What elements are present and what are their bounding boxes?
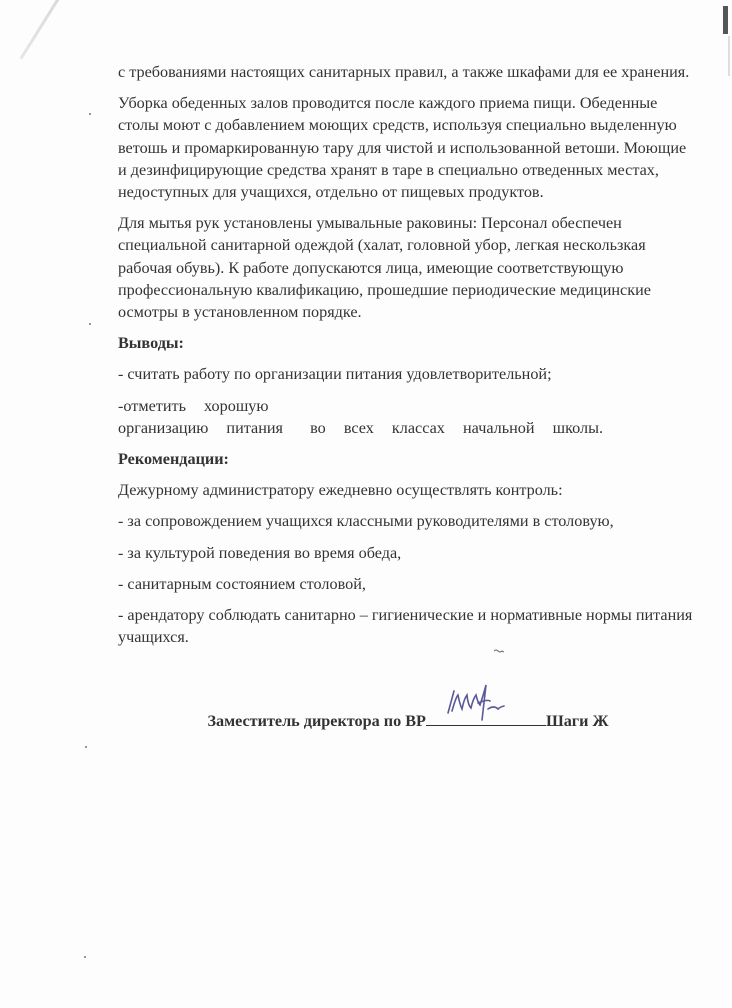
margin-dot [84,956,86,958]
signature-underline [426,705,546,726]
conclusions-heading: Выводы: [118,332,698,354]
scan-artifact-edge [728,36,730,76]
signatory-title: Заместитель директора по ВР [207,712,426,730]
conclusion-item: - считать работу по организации питания … [118,363,698,385]
margin-dot [89,323,91,325]
margin-dot [85,746,87,748]
handwritten-signature-icon [442,675,512,725]
paragraph-storage: с требованиями настоящих санитарных прав… [118,61,698,83]
paragraph-cleaning: Уборка обеденных залов проводится после … [118,92,698,203]
conclusion-item-continued: организацию питания во всех классах нача… [118,417,698,439]
document-page: с требованиями настоящих санитарных прав… [118,61,698,657]
conclusion-item: -отметить хорошую [118,395,698,417]
signatory-name: Шаги Ж [546,712,609,730]
scan-artifact-streak [20,0,65,59]
signature-block: Заместитель директора по ВР Шаги Ж [118,705,698,732]
recommendation-item: - арендатору соблюдать санитарно – гигие… [118,604,698,648]
ink-mark [494,649,504,653]
recommendation-item: - за культурой поведения во время обеда, [118,542,698,564]
recommendations-heading: Рекомендации: [118,448,698,470]
margin-dot [89,113,91,115]
recommendation-item: - за сопровождением учащихся классными р… [118,510,698,532]
recommendation-item: - санитарным состоянием столовой, [118,573,698,595]
paragraph-staff: Для мытья рук установлены умывальные рак… [118,212,698,323]
scan-artifact-corner [723,6,728,34]
recommendations-intro: Дежурному администратору ежедневно осуще… [118,479,698,501]
